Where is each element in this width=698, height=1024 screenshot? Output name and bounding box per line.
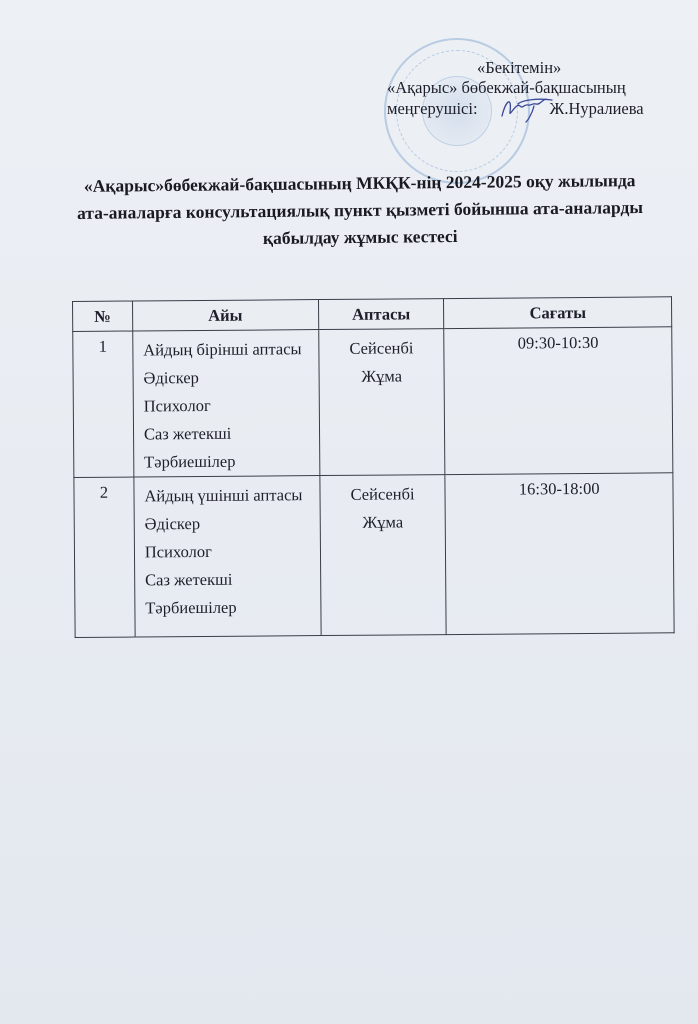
- approval-block: «Бекітемін» «Ақарыс» бөбекжай-бақшасының…: [387, 58, 644, 120]
- week-day: Сейсенбі: [320, 480, 445, 509]
- month-line: Айдың бірінші аптасы: [143, 335, 318, 364]
- row-month: Айдың үшінші аптасы Әдіскер Психолог Саз…: [134, 476, 321, 637]
- month-line: Айдың үшінші аптасы: [144, 481, 319, 510]
- week-day: Жұма: [320, 508, 445, 537]
- approval-signatory: Ж.Нуралиева: [550, 99, 644, 119]
- row-number: 2: [74, 477, 135, 637]
- approval-title: «Бекітемін»: [387, 58, 644, 78]
- row-month: Айдың бірінші аптасы Әдіскер Психолог Са…: [133, 330, 320, 477]
- month-line: Саз жетекші: [144, 419, 319, 448]
- month-line: Әдіскер: [143, 363, 318, 392]
- signature-icon: [498, 98, 548, 120]
- approval-signature-line: меңгерушісі: Ж.Нуралиева: [387, 98, 644, 120]
- row-number: 1: [73, 331, 134, 477]
- row-time: 16:30-18:00: [445, 473, 674, 635]
- header-time: Сағаты: [444, 297, 672, 329]
- month-line: Әдіскер: [145, 509, 320, 538]
- header-month: Айы: [132, 300, 318, 331]
- row-week: Сейсенбі Жұма: [318, 329, 445, 476]
- month-line: Тәрбиешілер: [144, 447, 319, 476]
- document-title: «Ақарыс»бөбекжай-бақшасының МКҚК-нің 202…: [60, 167, 661, 254]
- row-time: 09:30-10:30: [444, 327, 673, 475]
- month-line: Психолог: [144, 391, 319, 420]
- row-week: Сейсенбі Жұма: [320, 475, 447, 636]
- month-line: Тәрбиешілер: [145, 593, 320, 622]
- week-day: Жұма: [319, 362, 444, 391]
- month-line: Психолог: [145, 537, 320, 566]
- table-row: 2 Айдың үшінші аптасы Әдіскер Психолог С…: [74, 473, 674, 638]
- week-day: Сейсенбі: [319, 334, 444, 363]
- table-header-row: № Айы Аптасы Сағаты: [73, 297, 672, 332]
- table-row: 1 Айдың бірінші аптасы Әдіскер Психолог …: [73, 327, 673, 478]
- month-line: Саз жетекші: [145, 565, 320, 594]
- schedule-table: № Айы Аптасы Сағаты 1 Айдың бірінші апта…: [72, 296, 675, 638]
- header-number: №: [73, 301, 133, 331]
- approval-position: меңгерушісі:: [387, 99, 478, 119]
- header-week: Аптасы: [318, 299, 444, 330]
